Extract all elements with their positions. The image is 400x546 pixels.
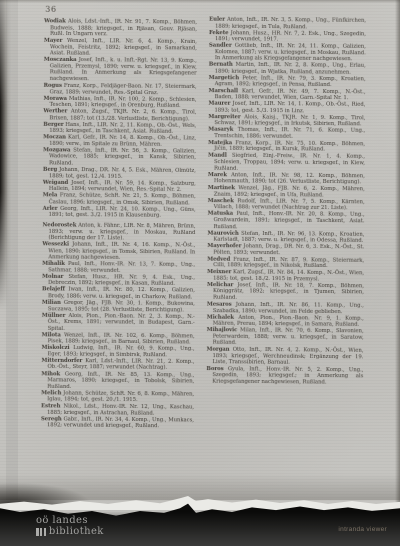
scan-text-entry: Mihalik Paul, Inft., Honv.-IR. Nr. 13, 7…	[42, 260, 195, 274]
scanned-page: 36 Wodiak Alois, Ldst.-Inft., IR. Nr. 91…	[0, 0, 400, 546]
scan-text-entry: Melich Johann, Schütze, SchR. Nr. 6, 8. …	[41, 390, 194, 404]
viewer-canvas[interactable]: 36 Wodiak Alois, Ldst.-Inft., IR. Nr. 91…	[0, 0, 400, 546]
scan-text-entry: Mitterndorfer Karl, Ldst.-Inft., LIR. Nr…	[41, 357, 194, 371]
page-number: 36	[45, 5, 56, 14]
scan-text-entry: Mayerhofer Johann, Drag., DR. Nr. 6, 3. …	[207, 243, 364, 257]
scan-text-entry: Matejka Franz, Korp., IR. Nr. 75, 10. Ko…	[208, 139, 365, 153]
scan-text-entry: Mela Franz, Schütze, SchR. Nr. 21, 5. Ko…	[43, 192, 196, 206]
scan-text-entry: Marschall Karl, Gefr., IR. Nr. 49, 7. Ko…	[209, 87, 366, 101]
scan-text-entry: Mihajlovic Milan, Inft., IR. Nr. 70, 6. …	[207, 327, 364, 347]
scan-text-entry: Mihok Georg, Inft., IR. Nr. 85, 13. Komp…	[41, 370, 194, 390]
scan-text-entry: Wodiak Alois, Ldst.-Inft., IR. Nr. 91, 7…	[44, 18, 197, 38]
page-top-edge-shadow	[0, 0, 400, 3]
scan-text-entry: Seregh Gabr., Inft., IR. Nr. 34, 4. Komp…	[41, 416, 194, 430]
scan-text-entry: Mayer Wenzel, Inft., LIR. Nr. 6, 4. Komp…	[44, 37, 197, 57]
scan-text-entry: Belajeff Iwan, Inft., IR. Nr. 80, 12. Ko…	[42, 286, 195, 300]
scan-text-entry: Mozgawa Stefan, Inft., IR. Nr. 56, 3. Ko…	[43, 147, 196, 167]
scan-text-entry: Berger Hans, Inft., LIR. Nr. 2, 11. Komp…	[43, 121, 196, 135]
scan-text-entry: Müllner Alois, Pion., Pion.-Baon. Nr. 2,…	[42, 312, 195, 332]
viewer-name-label: intranda viewer	[338, 526, 387, 533]
scan-text-entry: Weigand Josef, Inft., IR. Nr. 59, 14. Ko…	[43, 179, 196, 193]
logo-bars-icon	[36, 528, 47, 537]
logo-line-2: bibliothek	[36, 527, 104, 538]
scan-text-entry: Mandl Siegfried, Einj.-Freiw., IR. Nr. 1…	[208, 152, 365, 172]
scan-text-entry: Nedorostek Anton, k. Fähnr., LIR. Nr. 8,…	[42, 222, 195, 242]
text-column-left: Wodiak Alois, Ldst.-Inft., IR. Nr. 91, 7…	[41, 18, 197, 430]
scan-text-entry: Wessezki Johann, Inft., IR. Nr. 4, 16. K…	[42, 241, 195, 261]
logo-line-2-text: bibliothek	[49, 527, 104, 538]
scan-text-entry: Melichar Josef, Inft., IR. Nr. 18, 7. Ko…	[207, 281, 364, 301]
scan-text-entry: Fekete Johann, Husz., HR. Nr. 7, 2. Esk.…	[209, 29, 366, 43]
scan-text-entry: Sandler Gottlieb, Inft., IR. Nr. 24, 11.…	[209, 42, 366, 62]
scan-text-entry: Euler Anton, Inft., IR. Nr. 3, 5. Komp.,…	[209, 16, 366, 30]
scan-text-entry: Werther Anton, Zugsf., TKJR. Nr. 2, 6. K…	[43, 108, 196, 122]
page-right-edge	[395, 0, 400, 505]
scan-text-entry: Arler Georg, Inft., LIR. Nr. 24, 10. Kom…	[43, 205, 196, 219]
text-column-right: Euler Anton, Inft., IR. Nr. 3, 5. Komp.,…	[206, 16, 366, 386]
scan-text-entry: Estreh Nikol., Ldst., Honv.-IR. Nr. 12, …	[41, 403, 194, 417]
scan-text-entry: Matuska Paul, Inft., Honv.-IR. Nr. 20, 8…	[208, 210, 365, 230]
logo-line-1: oö landes	[36, 516, 104, 527]
scan-text-entry: Morgan Otto, Inft., IR. Nr. 4, 2. Komp.,…	[206, 346, 363, 366]
scan-text-entry: Boros Gyula, Inft., Honv.-IR. Nr. 5, 2. …	[206, 365, 363, 385]
library-logo[interactable]: oö landes bibliothek	[36, 516, 104, 537]
scan-text-entry: Mosczanka Josef, Inft., k. u. Inft.-Rgt.…	[44, 56, 197, 82]
page-gutter-shade	[6, 0, 18, 500]
